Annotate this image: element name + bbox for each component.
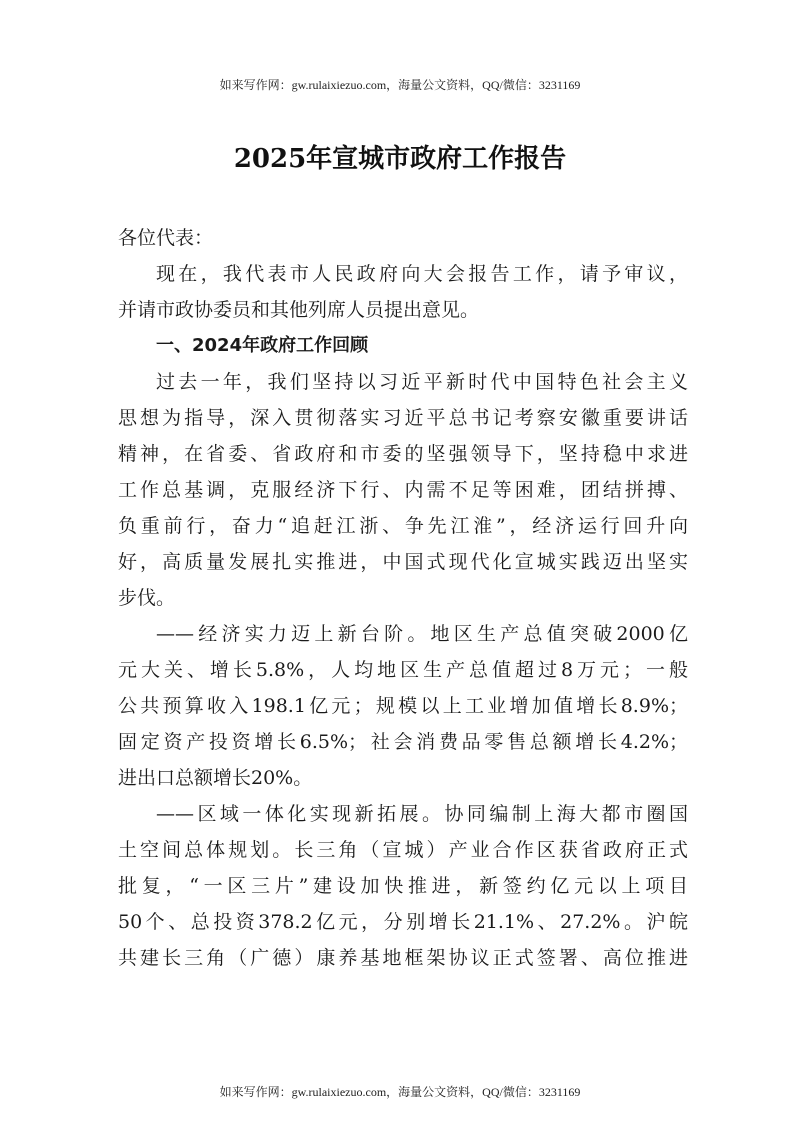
section-heading: 一、2024年政府工作回顾 [156,334,726,358]
paragraph-line: 工作总基调，克服经济下行、内需不足等困难，团结拼搏、 [118,478,688,502]
paragraph-line: 公共预算收入198.1亿元；规模以上工业增加值增长8.9%； [118,694,688,718]
document-title: 2025年宣城市政府工作报告 [0,138,800,175]
paragraph-line: 批复，“一区三片”建设加快推进，新签约亿元以上项目 [118,874,688,898]
paragraph-line: 土空间总体规划。长三角（宣城）产业合作区获省政府正式 [118,838,688,862]
paragraph-line: 过去一年，我们坚持以习近平新时代中国特色社会主义 [156,370,688,394]
paragraph-line: 现在，我代表市人民政府向大会报告工作，请予审议， [156,262,688,286]
paragraph-line: 思想为指导，深入贯彻落实习近平总书记考察安徽重要讲话 [118,406,688,430]
paragraph-line: 负重前行，奋力“追赶江浙、争先江淮”，经济运行回升向 [118,514,688,538]
paragraph-line: 共建长三角（广德）康养基地框架协议正式签署、高位推进 [118,946,688,970]
paragraph-line: 并请市政协委员和其他列席人员提出意见。 [118,298,688,322]
paragraph-line: 好，高质量发展扎实推进，中国式现代化宣城实践迈出坚实 [118,550,688,574]
paragraph-line: 精神，在省委、省政府和市委的坚强领导下，坚持稳中求进 [118,442,688,466]
paragraph-line: 步伐。 [118,586,688,610]
paragraph-line: ——区域一体化实现新拓展。协同编制上海大都市圈国 [156,802,688,826]
paragraph-line: 50个、总投资378.2亿元，分别增长21.1%、27.2%。沪皖 [118,910,688,934]
paragraph-line: 进出口总额增长20%。 [118,766,688,790]
paragraph-line: 元大关、增长5.8%，人均地区生产总值超过8万元；一般 [118,658,688,682]
page-header-watermark: 如来写作网：gw.rulaixiezuo.com，海量公文资料，QQ/微信：32… [0,76,800,93]
salutation: 各位代表： [118,226,688,250]
paragraph-line: ——经济实力迈上新台阶。地区生产总值突破2000亿 [156,622,688,646]
paragraph-line: 固定资产投资增长6.5%；社会消费品零售总额增长4.2%； [118,730,688,754]
page-footer-watermark: 如来写作网：gw.rulaixiezuo.com，海量公文资料，QQ/微信：32… [0,1083,800,1100]
